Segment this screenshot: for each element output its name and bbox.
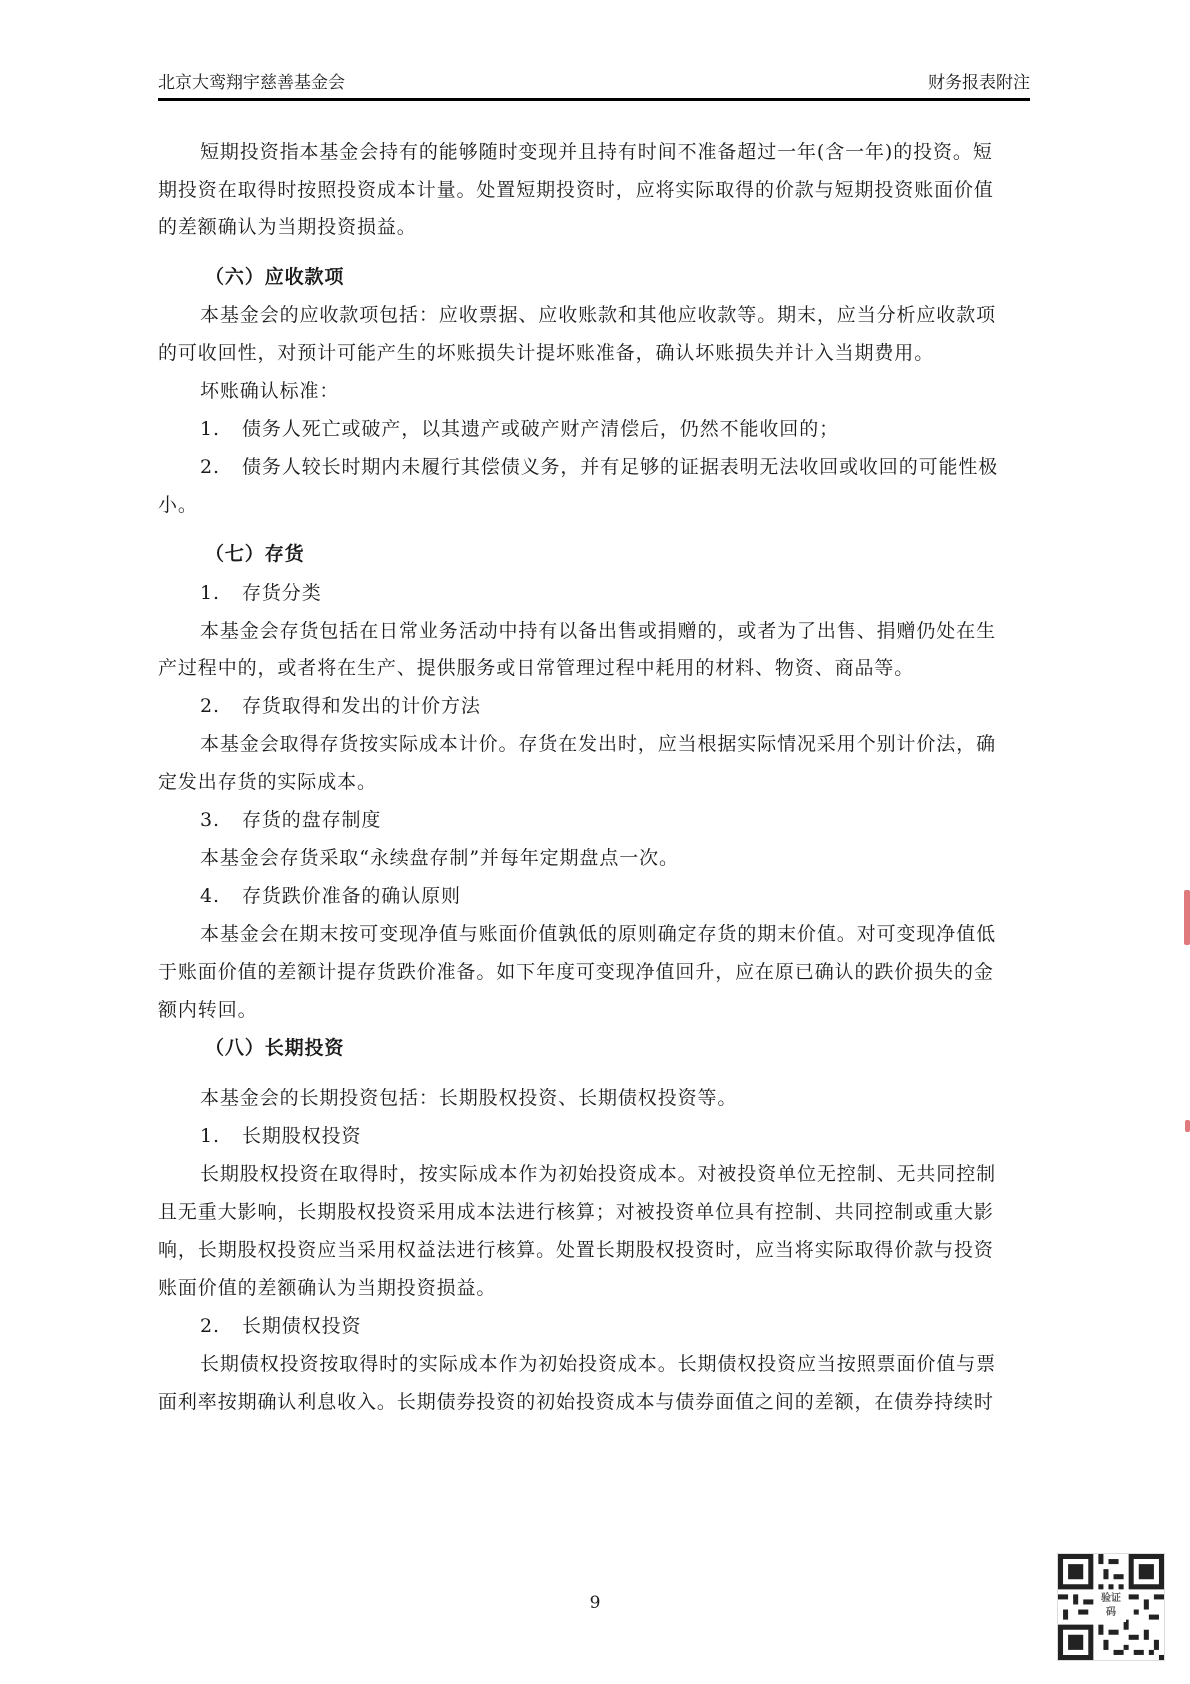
paragraph-line: 的差额确认为当期投资损益。 bbox=[158, 215, 1030, 239]
verification-qr-code[interactable]: 验证 码 bbox=[1057, 1553, 1165, 1661]
list-item-text: 债务人较长时期内未履行其偿债义务，并有足够的证据表明无法收回或收回的可能性极 bbox=[242, 456, 998, 478]
organization-name: 北京大鸾翔宇慈善基金会 bbox=[158, 72, 345, 94]
paragraph-line: 于账面价值的差额计提存货跌价准备。如下年度可变现净值回升，应在原已确认的跌价损失… bbox=[158, 960, 1030, 984]
paragraph-line: 的可收回性，对预计可能产生的坏账损失计提坏账准备，确认坏账损失并计入当期费用。 bbox=[158, 341, 1030, 365]
seal-stamp-fragment bbox=[1184, 890, 1190, 945]
subheading-text: 长期债权投资 bbox=[242, 1315, 361, 1337]
list-number: 1. bbox=[200, 1124, 242, 1148]
subheading: 4.存货跌价准备的确认原则 bbox=[200, 884, 1030, 908]
paragraph-line: 定发出存货的实际成本。 bbox=[158, 770, 1030, 794]
list-number: 2. bbox=[200, 1314, 242, 1338]
subheading: 3.存货的盘存制度 bbox=[200, 808, 1030, 832]
subheading-text: 存货的盘存制度 bbox=[242, 809, 381, 831]
paragraph-line: 本基金会的长期投资包括：长期股权投资、长期债权投资等。 bbox=[200, 1086, 1030, 1110]
section-heading-long-term-investment: （八）长期投资 bbox=[205, 1036, 1077, 1060]
list-number: 3. bbox=[200, 808, 242, 832]
subheading: 2.长期债权投资 bbox=[200, 1314, 1030, 1338]
paragraph-line: 账面价值的差额确认为当期投资损益。 bbox=[158, 1276, 1030, 1300]
section-heading-inventory: （七）存货 bbox=[205, 542, 1077, 566]
subheading-text: 存货跌价准备的确认原则 bbox=[242, 885, 461, 907]
qr-center-label: 验证 码 bbox=[1096, 1592, 1126, 1622]
paragraph-line: 响，长期股权投资应当采用权益法进行核算。处置长期股权投资时，应当将实际取得价款与… bbox=[158, 1238, 1030, 1262]
list-item: 1.债务人死亡或破产，以其遗产或破产财产清偿后，仍然不能收回的； bbox=[200, 417, 1030, 441]
list-number: 2. bbox=[200, 455, 242, 479]
subheading-text: 长期股权投资 bbox=[242, 1125, 361, 1147]
paragraph-line: 长期债权投资按取得时的实际成本作为初始投资成本。长期债权投资应当按照票面价值与票 bbox=[200, 1352, 1030, 1376]
paragraph-line: 本基金会存货包括在日常业务活动中持有以备出售或捐赠的，或者为了出售、捐赠仍处在生 bbox=[200, 619, 1030, 643]
paragraph-line: 本基金会的应收款项包括：应收票据、应收账款和其他应收款等。期末，应当分析应收款项 bbox=[200, 303, 1030, 327]
list-number: 1. bbox=[200, 581, 242, 605]
paragraph-line: 坏账确认标准： bbox=[200, 379, 1030, 403]
paragraph-line: 额内转回。 bbox=[158, 998, 1030, 1022]
qr-label-bottom: 码 bbox=[1096, 1606, 1126, 1620]
paragraph-line: 本基金会在期末按可变现净值与账面价值孰低的原则确定存货的期末价值。对可变现净值低 bbox=[200, 922, 1030, 946]
subheading: 1.存货分类 bbox=[200, 581, 1030, 605]
section-title: 财务报表附注 bbox=[928, 72, 1030, 94]
page-header: 北京大鸾翔宇慈善基金会 财务报表附注 bbox=[158, 70, 1030, 101]
page-number: 9 bbox=[0, 1593, 1190, 1613]
seal-stamp-fragment bbox=[1185, 1120, 1190, 1132]
list-item: 2.债务人较长时期内未履行其偿债义务，并有足够的证据表明无法收回或收回的可能性极 bbox=[200, 455, 1030, 479]
paragraph-line: 本基金会取得存货按实际成本计价。存货在发出时，应当根据实际情况采用个别计价法，确 bbox=[200, 732, 1030, 756]
subheading-text: 存货取得和发出的计价方法 bbox=[242, 695, 481, 717]
qr-label-top: 验证 bbox=[1096, 1592, 1126, 1606]
subheading: 1.长期股权投资 bbox=[200, 1124, 1030, 1148]
paragraph-line: 本基金会存货采取“永续盘存制”并每年定期盘点一次。 bbox=[200, 846, 1030, 870]
section-heading-receivables: （六）应收款项 bbox=[205, 265, 1077, 289]
subheading-text: 存货分类 bbox=[242, 582, 322, 604]
subheading: 2.存货取得和发出的计价方法 bbox=[200, 694, 1030, 718]
paragraph-line: 产过程中的，或者将在生产、提供服务或日常管理过程中耗用的材料、物资、商品等。 bbox=[158, 656, 1030, 680]
list-number: 1. bbox=[200, 417, 242, 441]
paragraph-line: 短期投资指本基金会持有的能够随时变现并且持有时间不准备超过一年(含一年)的投资。… bbox=[200, 140, 1030, 164]
list-number: 2. bbox=[200, 694, 242, 718]
list-number: 4. bbox=[200, 884, 242, 908]
paragraph-line: 小。 bbox=[158, 493, 1030, 517]
paragraph-line: 且无重大影响，长期股权投资采用成本法进行核算；对被投资单位具有控制、共同控制或重… bbox=[158, 1200, 1030, 1224]
list-item-text: 债务人死亡或破产，以其遗产或破产财产清偿后，仍然不能收回的； bbox=[242, 418, 839, 440]
paragraph-line: 长期股权投资在取得时，按实际成本作为初始投资成本。对被投资单位无控制、无共同控制 bbox=[200, 1162, 1030, 1186]
paragraph-line: 期投资在取得时按照投资成本计量。处置短期投资时，应将实际取得的价款与短期投资账面… bbox=[158, 178, 1030, 202]
paragraph-line: 面利率按期确认利息收入。长期债券投资的初始投资成本与债券面值之间的差额，在债券持… bbox=[158, 1390, 1030, 1414]
